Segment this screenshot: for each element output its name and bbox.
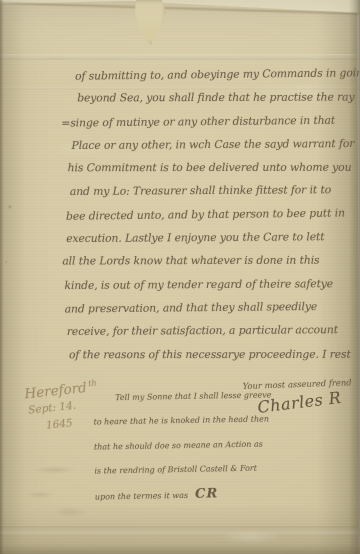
letter-line: of the reasons of this necessarye procee… — [69, 342, 360, 366]
letter-line: of submitting to, and obeyinge my Comman… — [75, 61, 360, 88]
postscript-line-text: upon the termes it was — [95, 490, 188, 501]
edge-shadow-bottom — [0, 544, 360, 554]
postscript: Tell my Sonne that I shall lesse greeve … — [93, 384, 267, 509]
cr-monogram: CR — [195, 486, 218, 501]
letter-line: bee directed unto, and by that person to… — [66, 201, 360, 228]
letter-line: beyond Sea, you shall finde that he prac… — [77, 86, 360, 110]
letter-line: and preservation, and that they shall sp… — [65, 294, 360, 320]
letter-line: all the Lords know that whatever is done… — [62, 249, 360, 273]
dateline: Herefordth Sept: 14. 1645 — [24, 378, 101, 433]
letter-line: and my Lo: Treasurer shall thinke fittes… — [70, 178, 360, 203]
letter-line: execution. Lastlye I enjoyne you the Car… — [66, 225, 360, 250]
letter-line: =singe of mutinye or any other disturban… — [61, 108, 360, 134]
letter-photograph: of submitting to, and obeyinge my Comman… — [0, 0, 360, 554]
closing-block: Your most asseured frend Charles R — [242, 377, 359, 413]
letter-line: his Commitment is to bee delivered unto … — [68, 156, 360, 180]
edge-shadow-right — [349, 0, 360, 554]
edge-shadow-left — [0, 0, 4, 554]
postscript-line: to heare that he is knoked in the head t… — [93, 408, 265, 435]
letter-line: Place or any other, in wch Case the sayd… — [71, 132, 360, 157]
letter-line: receive, for their satisfaction, a parti… — [67, 318, 360, 343]
postscript-line: that he should doe so meane an Action as — [94, 432, 266, 459]
postscript-line: upon the termes it wasCR — [95, 481, 267, 508]
letter-body: of submitting to, and obeyinge my Comman… — [59, 62, 360, 367]
postscript-line: Tell my Sonne that I shall lesse greeve — [93, 384, 265, 411]
letter-line: kinde, is out of my tender regard of the… — [64, 272, 360, 297]
postscript-line: is the rendring of Bristoll Castell & Fo… — [94, 457, 266, 484]
